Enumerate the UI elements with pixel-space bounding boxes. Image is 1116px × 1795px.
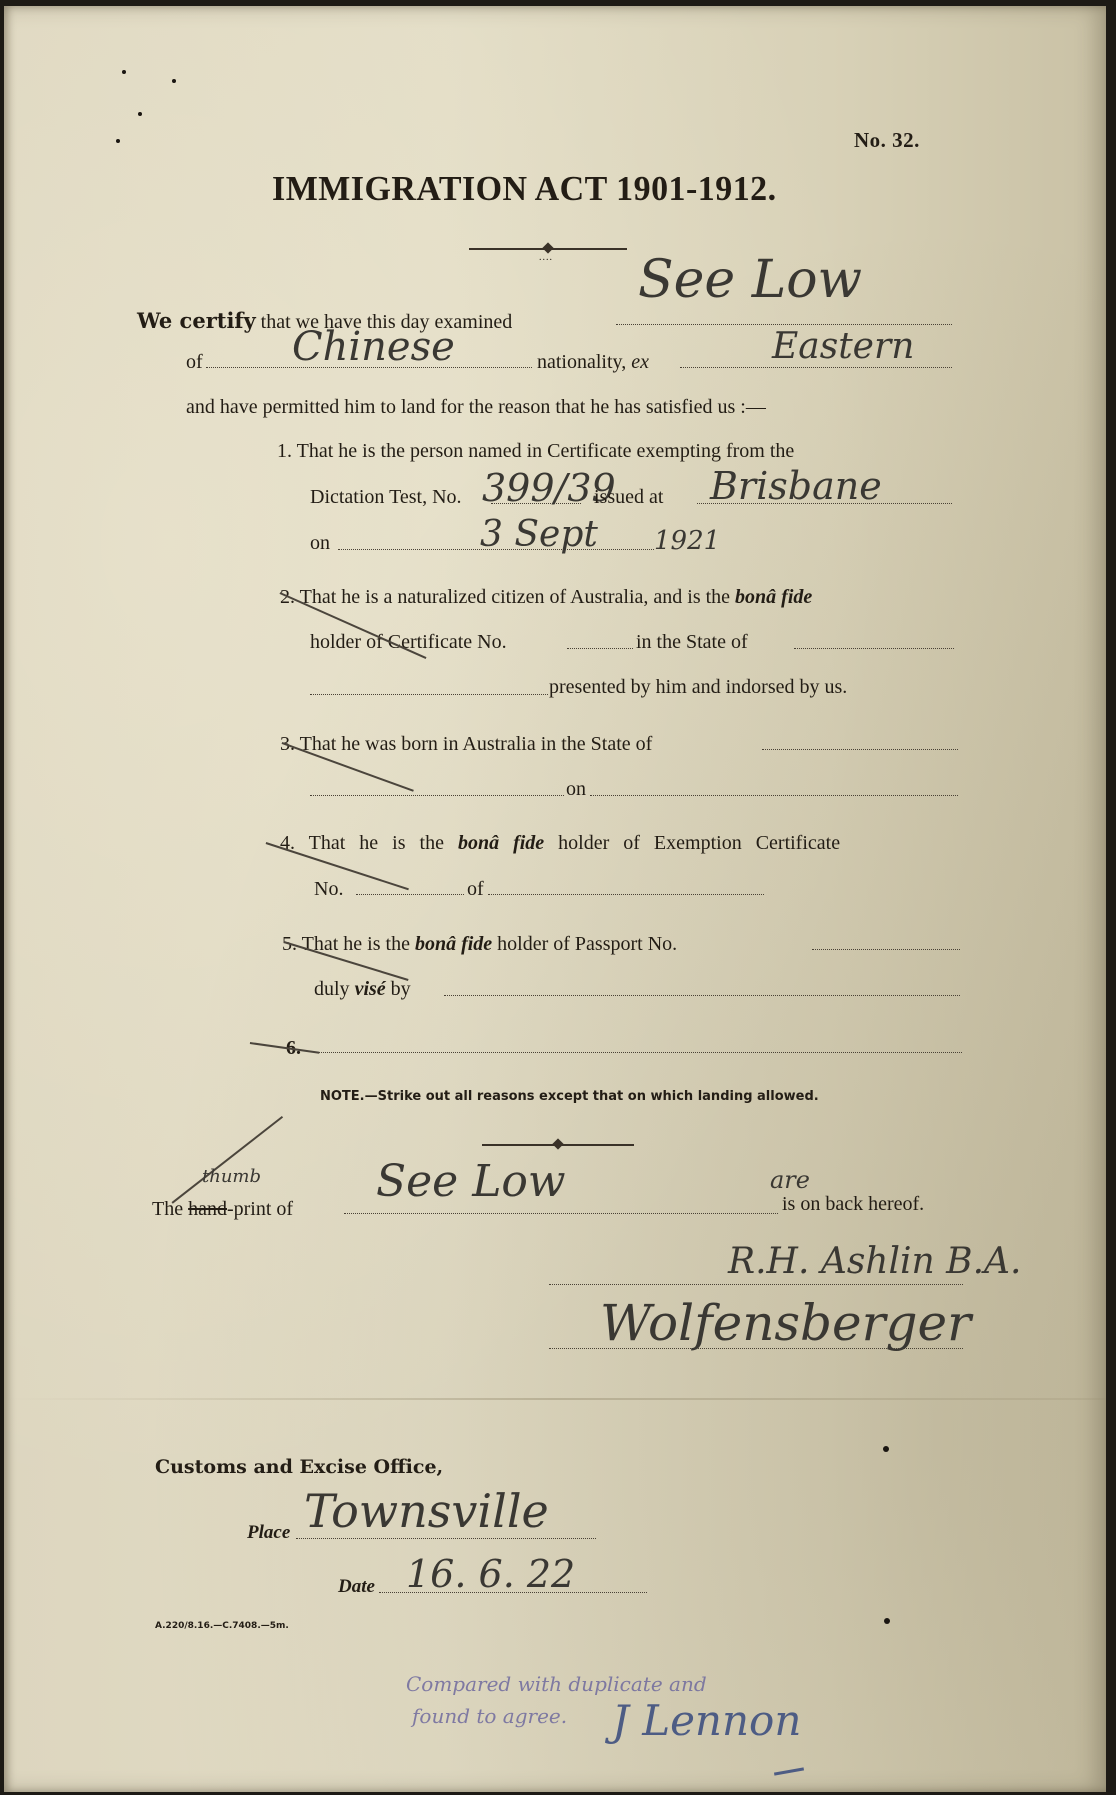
birth-place-field[interactable] bbox=[310, 795, 564, 796]
ship-field[interactable] bbox=[680, 367, 952, 368]
date-label: Date bbox=[338, 1576, 375, 1598]
form-number: No. 32. bbox=[854, 128, 920, 153]
paper-speck bbox=[138, 112, 142, 116]
pen-dash bbox=[774, 1767, 804, 1775]
handwritten-thumb-correction: thumb bbox=[202, 1166, 261, 1187]
of-label: of bbox=[186, 351, 203, 374]
place-field[interactable] bbox=[296, 1538, 596, 1539]
visa-by-field[interactable] bbox=[444, 995, 960, 996]
paper-fold-line bbox=[4, 1398, 1106, 1400]
handwritten-are-correction: are bbox=[770, 1166, 810, 1194]
reason-5-duly: duly bbox=[314, 978, 350, 1000]
issued-at-label: issued at bbox=[594, 486, 663, 509]
print-line-suffix: is on back hereof. bbox=[782, 1193, 924, 1216]
exemption-cert-number-field[interactable] bbox=[356, 894, 464, 895]
handwritten-name: See Low bbox=[638, 250, 862, 310]
reason-5-by: by bbox=[391, 978, 411, 1000]
handwritten-comparison-signature: J Lennon bbox=[612, 1696, 801, 1745]
naturalization-state-field[interactable] bbox=[794, 648, 954, 649]
punch-hole bbox=[884, 1618, 890, 1624]
comparison-stamp-line-1: Compared with duplicate and bbox=[406, 1672, 707, 1696]
print-line-the: The bbox=[152, 1198, 183, 1220]
reason-3-on-label: on bbox=[566, 778, 586, 801]
place-label: Place bbox=[247, 1522, 290, 1544]
nationality-label: nationality, bbox=[537, 351, 626, 373]
paper-speck bbox=[122, 70, 126, 74]
ex-label: ex bbox=[631, 351, 649, 373]
print-line-hand-struck: hand bbox=[188, 1198, 227, 1220]
comparison-stamp-line-2: found to agree. bbox=[412, 1704, 567, 1728]
print-code: A.220/8.16.—C.7408.—5m. bbox=[155, 1621, 289, 1631]
reason-1-number: 1. bbox=[277, 440, 292, 462]
certify-prefix: We certify bbox=[137, 308, 256, 333]
strike-through-reason-6 bbox=[250, 1042, 320, 1053]
passport-number-field[interactable] bbox=[812, 949, 960, 950]
reason-4-of-label: of bbox=[467, 878, 484, 901]
handwritten-place: Townsville bbox=[304, 1484, 549, 1538]
reason-4-no-label: No. bbox=[314, 878, 343, 901]
reason-4-text-b: holder of Exemption Certificate bbox=[558, 832, 840, 854]
reason-3-text: That he was born in Australia in the Sta… bbox=[300, 733, 653, 755]
handwritten-signature-2: Wolfensberger bbox=[600, 1294, 971, 1352]
reason-4-bona-fide: bonâ fide bbox=[458, 832, 544, 854]
print-line-print: -print bbox=[227, 1198, 271, 1220]
reason-1-line-1: 1. That he is the person named in Certif… bbox=[277, 440, 794, 463]
diagonal-pen-stroke bbox=[172, 1116, 283, 1203]
handwritten-issued-at: Brisbane bbox=[710, 464, 882, 508]
print-line: The hand-print of bbox=[152, 1198, 293, 1221]
reason-2-state-label: in the State of bbox=[636, 631, 748, 654]
handwritten-date: 16. 6. 22 bbox=[406, 1552, 575, 1596]
ornamental-rule-2 bbox=[482, 1144, 634, 1146]
reason-5-line-1: 5. That he is the bonâ fide holder of Pa… bbox=[282, 933, 677, 956]
handwritten-nationality: Chinese bbox=[292, 324, 455, 370]
handwritten-issued-on: 3 Sept bbox=[480, 514, 598, 555]
reason-5-text-b: holder of Passport No. bbox=[497, 933, 677, 955]
naturalization-cert-field[interactable] bbox=[567, 648, 633, 649]
print-name-field[interactable] bbox=[344, 1213, 778, 1214]
handwritten-ship: Eastern bbox=[772, 326, 914, 367]
reason-4-line-1: 4. That he is the bonâ fide holder of Ex… bbox=[280, 832, 840, 855]
examined-name-field[interactable] bbox=[616, 324, 952, 325]
reason-3-line-1: 3. That he was born in Australia in the … bbox=[280, 733, 652, 756]
issued-on-label: on bbox=[310, 532, 330, 555]
naturalization-presented-field[interactable] bbox=[310, 694, 548, 695]
reason-5-vise: visé bbox=[355, 978, 386, 1000]
paper-speck bbox=[172, 79, 176, 83]
permitted-text: and have permitted him to land for the r… bbox=[186, 396, 766, 419]
ornament-dots: .... bbox=[539, 252, 553, 263]
reason-4-text-a: That he is the bbox=[309, 832, 444, 854]
reason-5-line-2: duly visé by bbox=[314, 978, 411, 1001]
immigration-certificate-page: No. 32. IMMIGRATION ACT 1901-1912. .... … bbox=[4, 6, 1106, 1792]
reason-2-presented: presented by him and indorsed by us. bbox=[549, 676, 847, 699]
reason-1-text: That he is the person named in Certifica… bbox=[297, 440, 795, 462]
reason-2-bona-fide: bonâ fide bbox=[735, 586, 812, 608]
note-text: —Strike out all reasons except that on w… bbox=[365, 1089, 819, 1104]
page-title: IMMIGRATION ACT 1901-1912. bbox=[272, 169, 777, 209]
note-label: NOTE. bbox=[320, 1089, 365, 1104]
reason-2-line-1: 2. That he is a naturalized citizen of A… bbox=[280, 586, 812, 609]
punch-hole bbox=[883, 1446, 889, 1452]
nationality-label-line: nationality, ex bbox=[537, 351, 649, 374]
reason-6-field[interactable] bbox=[314, 1052, 962, 1053]
paper-speck bbox=[116, 139, 120, 143]
print-line-of: of bbox=[276, 1198, 293, 1220]
birth-date-field[interactable] bbox=[590, 795, 958, 796]
handwritten-issued-year: 1921 bbox=[654, 526, 720, 556]
ornamental-rule bbox=[469, 248, 627, 250]
reason-1-dictation-label: Dictation Test, No. bbox=[310, 486, 462, 509]
handwritten-print-name: See Low bbox=[376, 1156, 566, 1207]
exemption-cert-of-field[interactable] bbox=[488, 894, 764, 895]
note-line: NOTE.—Strike out all reasons except that… bbox=[320, 1089, 819, 1104]
reason-2-text: That he is a naturalized citizen of Aust… bbox=[300, 586, 730, 608]
office-heading: Customs and Excise Office, bbox=[155, 1456, 443, 1478]
handwritten-signature-1: R.H. Ashlin B.A. bbox=[728, 1241, 1021, 1282]
reason-5-bona-fide: bonâ fide bbox=[415, 933, 492, 955]
signature-line-1[interactable] bbox=[549, 1284, 963, 1285]
birth-state-field[interactable] bbox=[762, 749, 958, 750]
